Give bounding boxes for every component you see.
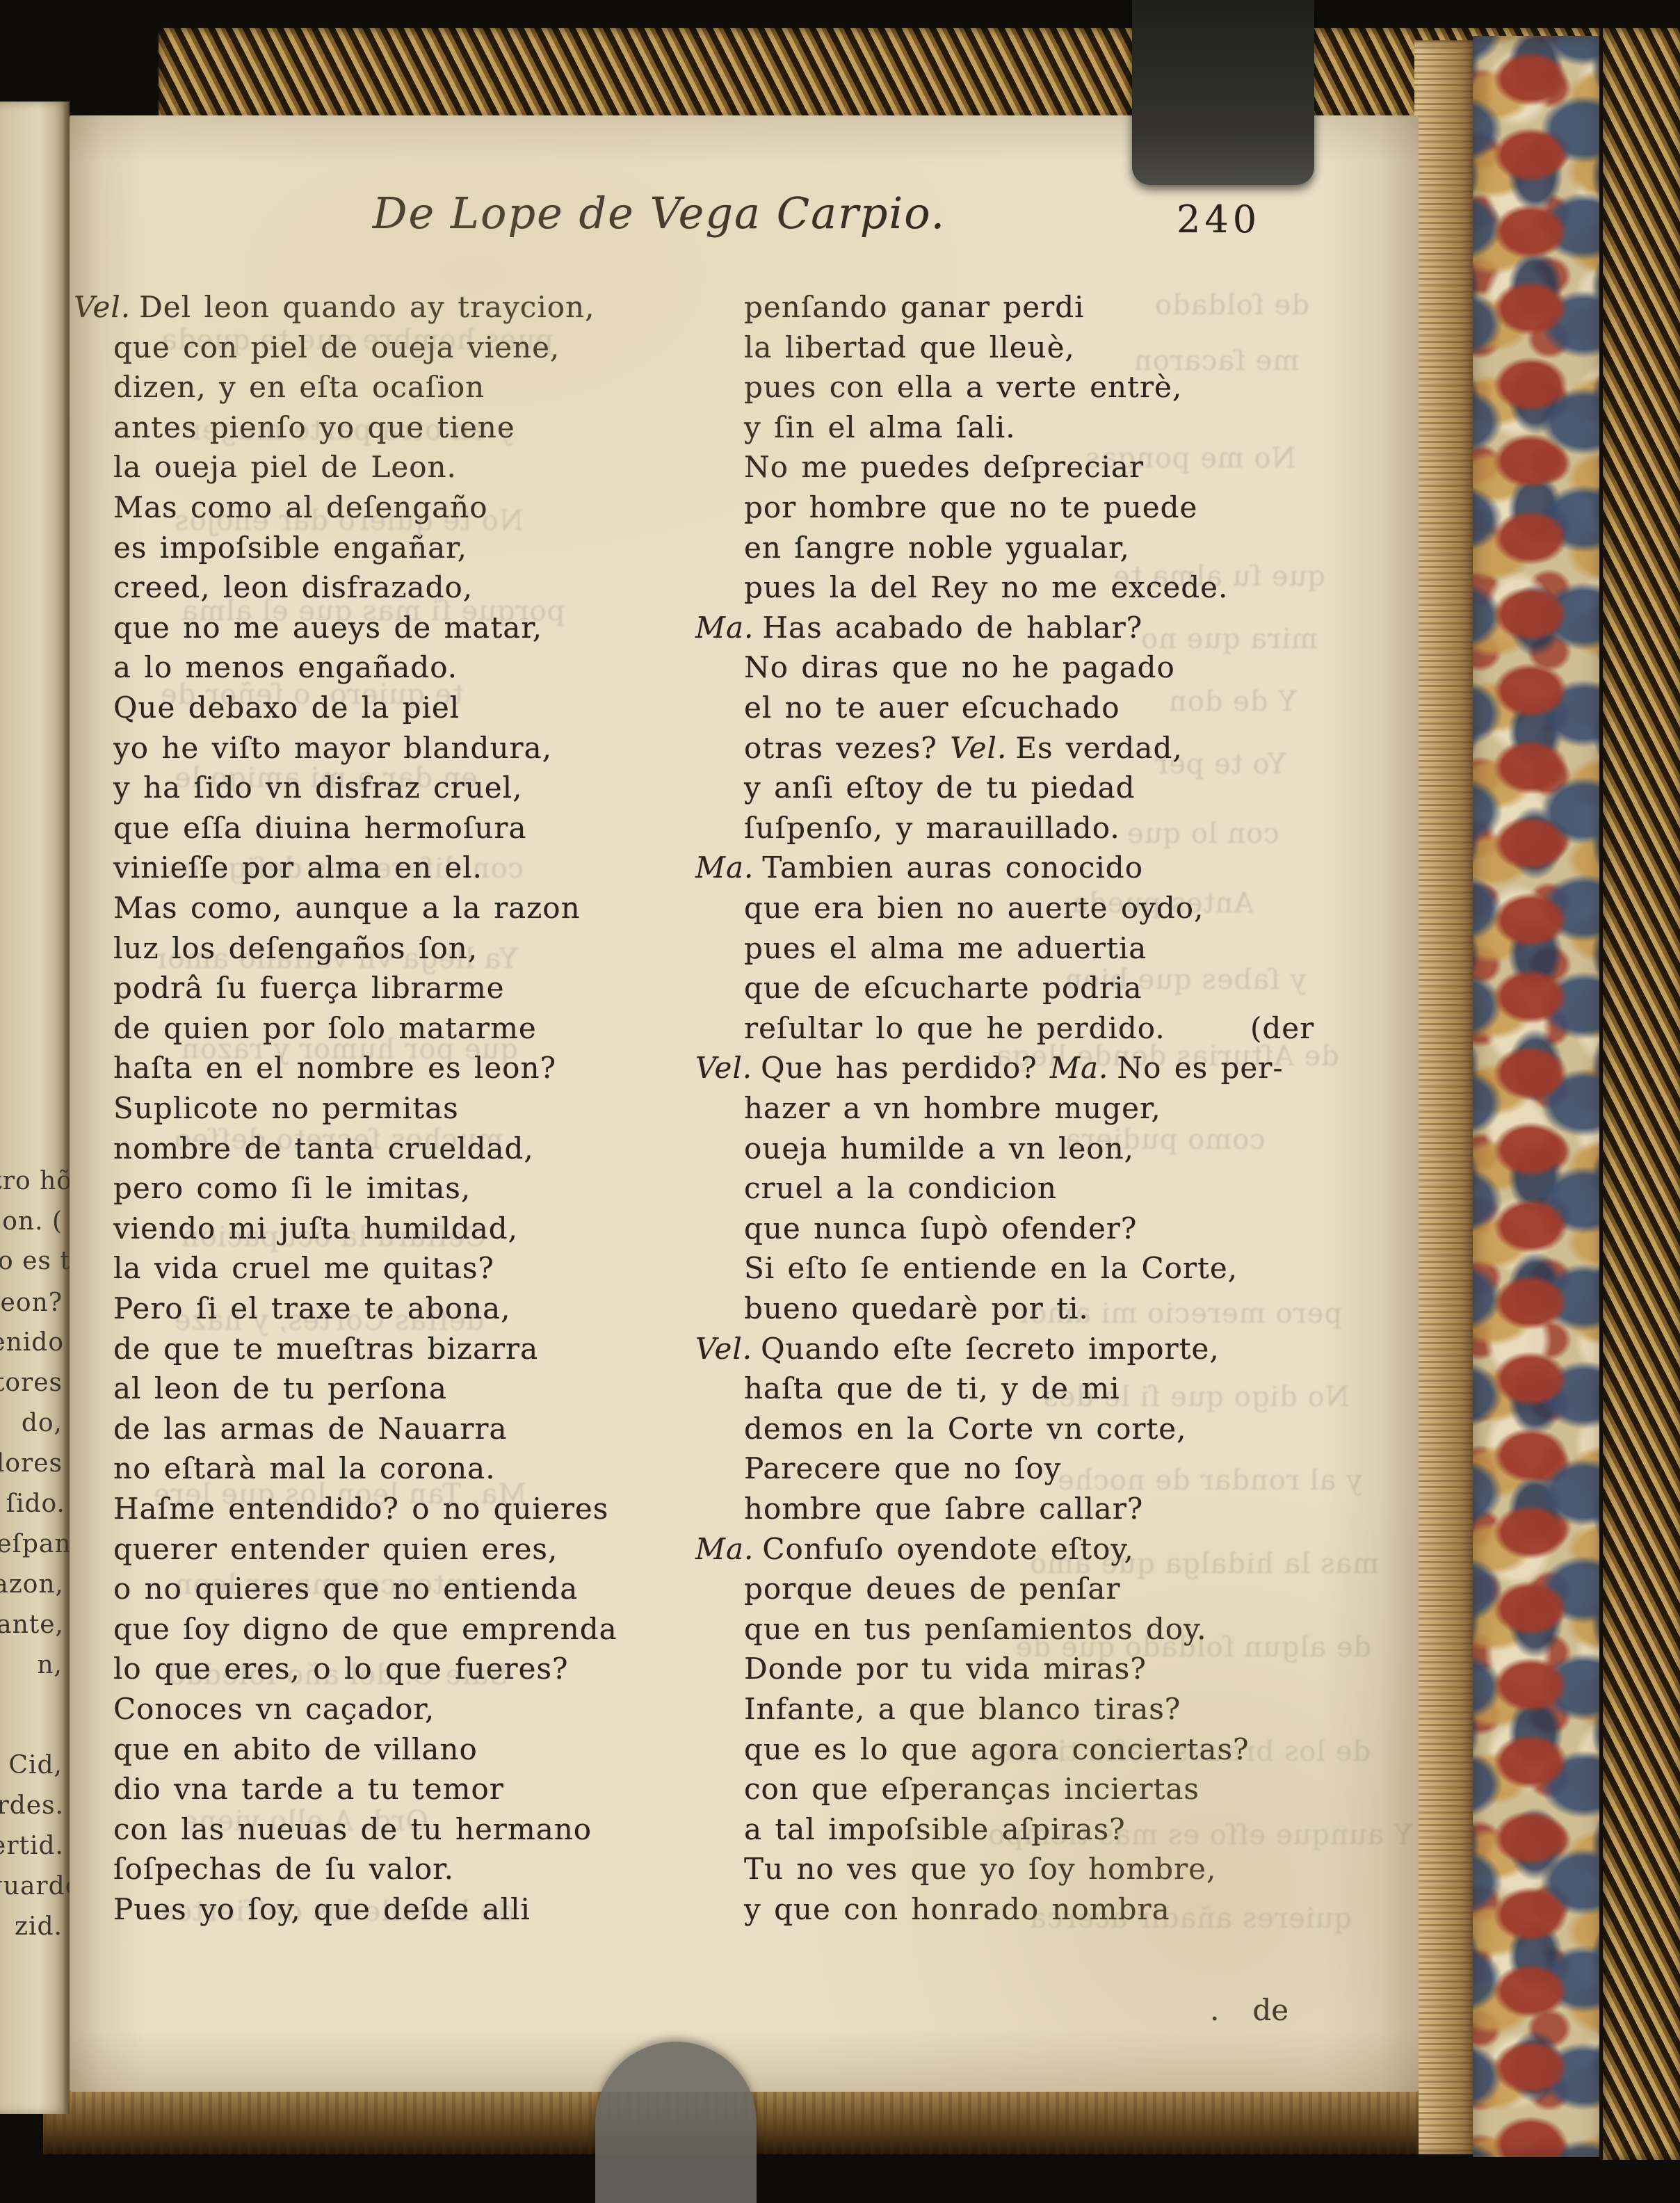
verse-line: que de eſcucharte podria [744, 968, 1142, 1008]
verse-line: haſta en el nombre es leon? [113, 1048, 556, 1088]
verse-line: Vel.Quando eſte ſecreto importe, [695, 1329, 1220, 1369]
verse-text: que de eſcucharte podria [744, 971, 1142, 1005]
verse-text: la libertad que lleuè, [744, 330, 1075, 364]
facing-page-text-fragment: duertid. [0, 1832, 64, 1860]
page-block-fore-edge [1414, 40, 1477, 2154]
verse-line: que era bien no auerte oydo, [744, 888, 1204, 928]
verse-line: dizen, y en eſta ocaſion [113, 367, 485, 407]
facing-page-text-fragment: zid. [15, 1912, 63, 1941]
verse-line: dio vna tarde a tu temor [113, 1769, 504, 1809]
facing-page-text-fragment: do, [22, 1409, 63, 1437]
verse-line: nombre de tanta crueldad, [113, 1129, 534, 1168]
verse-line: yo he viſto mayor blandura, [113, 728, 552, 768]
verse-line: pues con ella a verte entrè, [744, 367, 1182, 407]
facing-page-text-fragment: e han ſido. [0, 1490, 65, 1518]
facing-page-text-fragment: e otro hõb [0, 1167, 70, 1195]
facing-page-text-fragment: Leon? [0, 1289, 63, 1317]
verse-text: que con piel de oueja viene, [113, 330, 560, 364]
verse-text: reſultar lo que he perdido. [744, 1011, 1165, 1045]
verse-text: que era bien no auerte oydo, [744, 891, 1204, 925]
verse-text: podrâ ſu fuerça librarme [113, 971, 505, 1005]
verse-line: de quien por ſolo matarme [113, 1008, 537, 1048]
speaker-label: Ma. [1050, 1051, 1108, 1085]
verse-line: a lo menos engañado. [113, 647, 458, 687]
verse-line: Infante, a que blanco tiras? [744, 1689, 1181, 1729]
speaker-label: Ma. [695, 850, 754, 885]
verse-line: oueja humilde a vn leon, [744, 1129, 1134, 1168]
book-page: De Lope de Vega Carpio. 240 pues hombre … [70, 115, 1419, 2092]
verse-text: Suplicote no permitas [113, 1091, 459, 1125]
verse-text: de quien por ſolo matarme [113, 1011, 537, 1045]
verse-line: y anſi eſtoy de tu piedad [744, 768, 1136, 807]
verse-line: que nunca ſupò ofender? [744, 1209, 1137, 1248]
verse-line: por hombre que no te puede [744, 487, 1197, 527]
verse-line: de las armas de Nauarra [113, 1409, 508, 1449]
facing-page-text-fragment: on. ( [2, 1207, 63, 1236]
verse-text: bueno quedarè por ti. [744, 1291, 1089, 1325]
verse-line: Donde por tu vida miras? [744, 1649, 1147, 1688]
verse-line: Si eſto ſe entiende en la Corte, [744, 1248, 1238, 1288]
verse-text: pero como ſi le imitas, [113, 1171, 471, 1205]
verse-text: demos en la Corte vn corte, [744, 1412, 1187, 1446]
facing-page-text-fragment: e eſpant [0, 1530, 70, 1558]
verse-text: y anſi eſtoy de tu piedad [744, 770, 1136, 805]
speaker-label: Vel. [950, 731, 1007, 765]
facing-page-text-fragment: e aguarde [0, 1872, 70, 1901]
verse-line: Ma.Confuſo oyendote eſtoy, [695, 1529, 1134, 1569]
verse-line: Conoces vn caçador, [113, 1689, 435, 1729]
verse-line: y ha ſido vn disfraz cruel, [113, 768, 522, 807]
verse-line: la libertad que lleuè, [744, 328, 1075, 367]
verse-text: por hombre que no te puede [744, 490, 1197, 524]
verse-text: Haſme entendido? o no quieres [113, 1492, 608, 1526]
verse-text: hazer a vn hombre muger, [744, 1091, 1161, 1125]
verse-text: ſoſpechas de ſu valor. [113, 1852, 454, 1886]
speaker-label: Vel. [695, 1051, 752, 1085]
verse-text: con que eſperanças inciertas [744, 1772, 1200, 1806]
verse-text: el no te auer eſcuchado [744, 691, 1120, 725]
verse-text: hombre que ſabre callar? [744, 1492, 1143, 1526]
verse-line: lo que eres, o lo que fueres? [113, 1649, 569, 1688]
verse-text: la vida cruel me quitas? [113, 1251, 494, 1285]
verse-text: Mas como al deſengaño [113, 490, 488, 524]
verse-line: Ma.Tambien auras conocido [695, 848, 1143, 887]
photo-background: e otro hõbon. (omo es tuLeon?ha tenidoto… [0, 0, 1680, 2203]
verse-text: yo he viſto mayor blandura, [113, 731, 552, 765]
verse-text: luz los deſengaños ſon, [113, 931, 478, 965]
verse-text: nombre de tanta crueldad, [113, 1131, 534, 1165]
verse-text: es impoſsible engañar, [113, 531, 467, 565]
verse-text: lo que eres, o lo que fueres? [113, 1652, 569, 1686]
verse-line: pero como ſi le imitas, [113, 1168, 471, 1208]
verse-line: Mas como al deſengaño [113, 487, 488, 527]
catchword-word: de [1252, 1993, 1289, 2027]
verse-line: vinieſſe por alma en el. [113, 848, 483, 887]
verse-line: que con piel de oueja viene, [113, 328, 560, 367]
verse-text: y ſin el alma ſali. [744, 410, 1016, 444]
verse-text: Conoces vn caçador, [113, 1692, 435, 1726]
facing-page-text-fragment: n, [37, 1651, 63, 1679]
speaker-label: Vel. [74, 290, 131, 324]
facing-page-sliver: e otro hõbon. (omo es tuLeon?ha tenidoto… [0, 102, 70, 2114]
verse-line: ſoſpechas de ſu valor. [113, 1849, 454, 1889]
verse-line: pues la del Rey no me excede. [744, 567, 1228, 607]
verse-text: Tu no ves que yo ſoy hombre, [744, 1852, 1216, 1886]
verse-text: Es verdad, [1015, 731, 1182, 765]
facing-page-text-fragment: tores [0, 1369, 63, 1397]
verse-line: que en tus penſamientos doy. [744, 1609, 1207, 1649]
verse-text: No me puedes deſpreciar [744, 450, 1144, 484]
verse-text: dio vna tarde a tu temor [113, 1772, 504, 1806]
speaker-label: Ma. [695, 1532, 754, 1566]
facing-page-text-fragment: omo es tu [0, 1247, 70, 1275]
verse-text: a tal impoſsible aſpiras? [744, 1812, 1126, 1846]
show-through-text: de ſoldado [1154, 289, 1309, 321]
verse-line: Suplicote no permitas [113, 1088, 459, 1128]
verse-line: Pero ſi el traxe te abona, [113, 1289, 511, 1328]
verse-text: Infante, a que blanco tiras? [744, 1692, 1181, 1726]
verse-text: Has acabado de hablar? [762, 611, 1142, 645]
facing-page-text-fragment: ne razon, [0, 1570, 64, 1599]
verse-text: querer entender quien eres, [113, 1532, 558, 1566]
verse-line: que es lo que agora conciertas? [744, 1729, 1250, 1769]
facing-page-text-fragment: Infante, [0, 1611, 64, 1639]
verse-text: no eſtarà mal la corona. [113, 1451, 496, 1485]
facing-page-text-fragment: dores [0, 1449, 63, 1478]
verse-text: otras vezes? [744, 731, 950, 765]
verse-line: de que te mueſtras bizarra [113, 1329, 538, 1369]
fore-edge-marbling [1473, 36, 1602, 2157]
verse-line: podrâ ſu fuerça librarme [113, 968, 505, 1008]
verse-line: creed, leon disfrazado, [113, 567, 473, 607]
verse-text: No diras que no he pagado [744, 650, 1175, 684]
verse-line: a tal impoſsible aſpiras? [744, 1809, 1126, 1849]
facing-page-text-fragment: uardes. [0, 1791, 64, 1820]
verse-line: el no te auer eſcuchado [744, 688, 1120, 727]
verse-line: haſta que de ti, y de mi [744, 1369, 1120, 1408]
verse-text: que en tus penſamientos doy. [744, 1612, 1207, 1646]
facing-page-text-fragment: ha tenido [0, 1328, 64, 1357]
verse-line: otras vezes? Vel.Es verdad, [744, 728, 1183, 768]
verse-text: que no me aueys de matar, [113, 611, 542, 645]
verse-line: que no me aueys de matar, [113, 608, 542, 647]
verse-line: hombre que ſabre callar? [744, 1489, 1143, 1528]
verse-line: Que debaxo de la piel [113, 688, 460, 727]
gilt-right-cover-edge [1599, 28, 1680, 2160]
verse-line: demos en la Corte vn corte, [744, 1409, 1187, 1449]
verse-text: pues la del Rey no me excede. [744, 570, 1228, 604]
verse-text: haſta que de ti, y de mi [744, 1371, 1120, 1405]
verse-text: la oueja piel de Leon. [113, 450, 457, 484]
verse-line: Vel.Del leon quando ay traycion, [74, 287, 595, 327]
verse-text: antes pienſo yo que tiene [113, 410, 515, 444]
verse-text: creed, leon disfrazado, [113, 570, 473, 604]
verse-text: que ſoy digno de que emprenda [113, 1612, 617, 1646]
verse-text: vinieſſe por alma en el. [113, 850, 483, 885]
verse-text: Del leon quando ay traycion, [139, 290, 595, 324]
verse-text: y que con honrado nombra [744, 1892, 1170, 1926]
verse-line: reſultar lo que he perdido.(der [744, 1008, 1165, 1048]
facing-page-text-fragment: l Cid, [0, 1751, 63, 1780]
verse-text: de las armas de Nauarra [113, 1412, 508, 1446]
verse-text: en ſangre noble ygualar, [744, 531, 1130, 565]
verse-text: Quando eſte ſecreto importe, [761, 1332, 1220, 1366]
verse-text: Que debaxo de la piel [113, 691, 460, 725]
verse-text: dizen, y en eſta ocaſion [113, 370, 485, 404]
verse-text: pues con ella a verte entrè, [744, 370, 1182, 404]
verse-line: con las nueuas de tu hermano [113, 1809, 592, 1849]
verse-text: Tambien auras conocido [762, 850, 1143, 885]
catchword: .de [1210, 1993, 1289, 2027]
verse-text: con las nueuas de tu hermano [113, 1812, 592, 1846]
running-header: De Lope de Vega Carpio. [373, 188, 946, 239]
verse-line: con que eſperanças inciertas [744, 1769, 1200, 1809]
verse-text: Confuſo oyendote eſtoy, [762, 1532, 1134, 1566]
verse-text: penſando ganar perdi [744, 290, 1085, 324]
verse-text: que en abito de villano [113, 1732, 478, 1766]
show-through-text: Y de don [1168, 686, 1297, 718]
verse-text: Que has perdido? [761, 1051, 1050, 1085]
verse-line: bueno quedarè por ti. [744, 1289, 1089, 1328]
verse-line: al leon de tu perſona [113, 1369, 447, 1408]
verse-line: que en abito de villano [113, 1729, 478, 1769]
verse-text: ſuſpenſo, y marauillado. [744, 811, 1120, 845]
verse-line: Tu no ves que yo ſoy hombre, [744, 1849, 1216, 1889]
verse-line: y que con honrado nombra [744, 1889, 1170, 1929]
verse-text: a lo menos engañado. [113, 650, 458, 684]
verse-line: ſuſpenſo, y marauillado. [744, 808, 1120, 848]
verse-text: Parecere que no ſoy [744, 1451, 1061, 1485]
verse-text: Si eſto ſe entiende en la Corte, [744, 1251, 1238, 1285]
verse-text: oueja humilde a vn leon, [744, 1131, 1134, 1165]
verse-line: que eſſa diuina hermoſura [113, 808, 527, 848]
verse-text: haſta en el nombre es leon? [113, 1051, 556, 1085]
verse-text: al leon de tu perſona [113, 1371, 447, 1405]
verse-text: o no quieres que no entienda [113, 1572, 578, 1606]
verse-line: y ſin el alma ſali. [744, 407, 1016, 447]
verse-text: No es per- [1117, 1051, 1283, 1085]
verse-text: que nunca ſupò ofender? [744, 1211, 1137, 1245]
verse-line: no eſtarà mal la corona. [113, 1449, 496, 1488]
verse-line: o no quieres que no entienda [113, 1569, 578, 1608]
verse-text: viendo mi juſta humildad, [113, 1211, 518, 1245]
verse-line: porque deues de penſar [744, 1569, 1121, 1608]
verse-line: Pues yo ſoy, que deſde alli [113, 1889, 531, 1929]
verse-line: hazer a vn hombre muger, [744, 1088, 1161, 1128]
verse-text: que eſſa diuina hermoſura [113, 811, 527, 845]
show-through-text: con lo que [1126, 818, 1279, 850]
verse-text: Pero ſi el traxe te abona, [113, 1291, 511, 1325]
page-number: 240 [1177, 197, 1261, 241]
verse-line: viendo mi juſta humildad, [113, 1209, 518, 1248]
verse-line: antes pienſo yo que tiene [113, 407, 515, 447]
verse-line: No diras que no he pagado [744, 647, 1175, 687]
verse-line: Ma.Has acabado de hablar? [695, 608, 1142, 647]
verse-text: Donde por tu vida miras? [744, 1652, 1147, 1686]
verse-line: luz los deſengaños ſon, [113, 928, 478, 968]
verse-line: Mas como, aunque a la razon [113, 888, 581, 928]
verse-text: y ha ſido vn disfraz cruel, [113, 770, 522, 805]
verse-line: cruel a la condicion [744, 1168, 1057, 1208]
verse-line: es impoſsible engañar, [113, 528, 467, 567]
verse-line: pues el alma me aduertia [744, 928, 1147, 968]
verse-text: pues el alma me aduertia [744, 931, 1147, 965]
verse-line: la vida cruel me quitas? [113, 1248, 494, 1288]
verse-text: Pues yo ſoy, que deſde alli [113, 1892, 531, 1926]
verse-line: Vel.Que has perdido? Ma.No es per- [695, 1048, 1284, 1088]
verse-line: Parecere que no ſoy [744, 1449, 1061, 1488]
book-strap-bottom [595, 2042, 757, 2203]
verse-text: de que te mueſtras bizarra [113, 1332, 538, 1366]
verse-line: No me puedes deſpreciar [744, 447, 1144, 487]
verse-line: en ſangre noble ygualar, [744, 528, 1130, 567]
turnover-word: (der [1250, 1008, 1314, 1048]
book-strap-top [1132, 0, 1314, 185]
speaker-label: Ma. [695, 611, 754, 645]
verse-line: la oueja piel de Leon. [113, 447, 457, 487]
verse-text: cruel a la condicion [744, 1171, 1057, 1205]
catchword-period: . [1210, 1993, 1219, 2027]
verse-line: Haſme entendido? o no quieres [113, 1489, 608, 1528]
speaker-label: Vel. [695, 1332, 752, 1366]
verse-line: penſando ganar perdi [744, 287, 1085, 327]
verse-text: que es lo que agora conciertas? [744, 1732, 1250, 1766]
verse-line: que ſoy digno de que emprenda [113, 1609, 617, 1649]
verse-text: Mas como, aunque a la razon [113, 891, 581, 925]
verse-text: porque deues de penſar [744, 1572, 1121, 1606]
verse-line: querer entender quien eres, [113, 1529, 558, 1569]
